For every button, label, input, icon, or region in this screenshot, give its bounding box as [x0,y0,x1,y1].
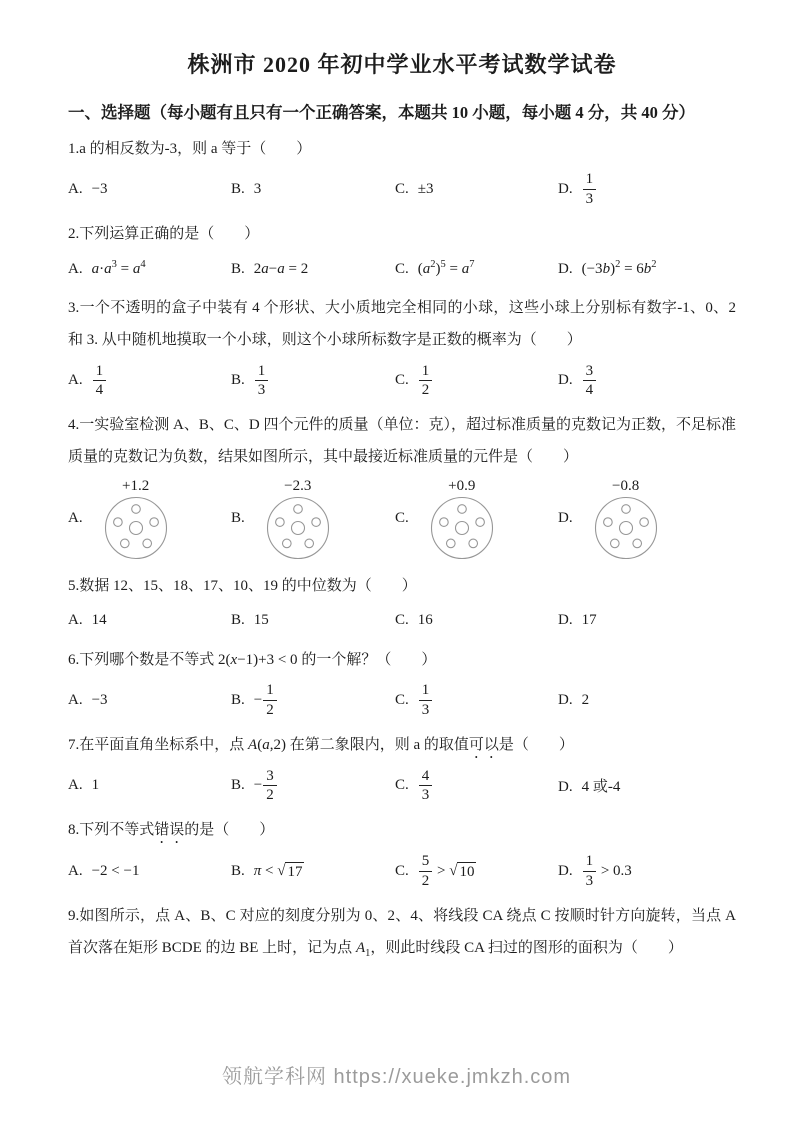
option-value: −32 [254,777,278,793]
fraction-numerator: 1 [419,362,433,381]
option-value: 1 [92,777,100,793]
fraction: 13 [419,681,433,720]
component-dial-icon [266,496,330,560]
question-1-options: A.−3B.3C.±3D.13 [68,168,736,211]
option-label: D. [558,692,573,708]
option-D: D.13 > 0.3 [558,850,736,893]
fraction-numerator: 5 [419,852,433,871]
option-value: (−3b)2 = 6b2 [582,261,657,277]
fraction: 13 [255,362,269,401]
option-value: −3 [92,692,108,708]
question-8-options: A.−2 < −1B.π < √17C.52 > √10D.13 > 0.3 [68,850,736,893]
fraction-numerator: 1 [93,362,107,381]
option-A: A.1 [68,777,231,794]
dial-value: −0.8 [612,478,639,495]
option-D: D.17 [558,612,736,629]
component-dial-icon [594,496,658,560]
question-3-options: A.14B.13C.12D.34 [68,360,736,403]
option-A: A.a·a3 = a4 [68,260,231,278]
radicand: 10 [457,862,476,881]
option-label: A. [68,510,83,527]
stem-math: A(a,2) [248,737,286,753]
option-value: 2 [582,692,590,708]
fraction-numerator: 4 [419,767,433,786]
option-value: 16 [418,612,433,628]
option-B: B.−32 [231,765,395,808]
question-5-stem: 5.数据 12、15、18、17、10、19 的中位数为（ ） [68,570,736,602]
supscript: 4 [140,259,145,270]
option-B: B.13 [231,360,395,403]
question-4-figure-options: A.+1.2B.−2.3C.+0.9D.−0.8 [68,478,736,560]
option-D: D.(−3b)2 = 6b2 [558,260,736,278]
option-value: 4 或-4 [582,779,621,795]
radical-sign: √ [277,862,285,880]
option-A: A.−3 [68,692,231,709]
fraction: 43 [419,767,433,806]
fraction-denominator: 2 [419,380,433,400]
option-value: 13 [582,181,598,197]
option-C: C.+0.9 [395,478,558,560]
option-label: D. [558,863,573,879]
question-9: 9.如图所示，点 A、B、C 对应的刻度分别为 0、2、4、将线段 CA 绕点 … [68,900,736,965]
dial-value: +1.2 [122,478,149,495]
option-value: 13 > 0.3 [582,863,632,879]
supscript: 2 [430,259,435,270]
option-value: 3 [254,181,262,197]
option-C: C.43 [395,765,558,808]
option-value: ±3 [418,181,434,197]
fraction: 12 [419,362,433,401]
stem-text: 在第二象限内，则 a 的取值 [286,737,469,753]
question-7-stem: 7.在平面直角坐标系中，点 A(a,2) 在第二象限内，则 a 的取值可以是（ … [68,729,736,762]
option-value: 14 [92,372,108,388]
option-label: D. [558,779,573,795]
option-label: D. [558,372,573,388]
option-label: C. [395,510,409,527]
option-label: C. [395,372,409,388]
option-label: A. [68,777,83,793]
fraction-denominator: 4 [93,380,107,400]
fraction-denominator: 4 [583,380,597,400]
option-C: C.±3 [395,181,558,198]
question-3: 3.一个不透明的盒子中装有 4 个形状、大小质地完全相同的小球，这些小球上分别标… [68,292,736,402]
fraction-numerator: 3 [263,767,277,786]
fraction-denominator: 3 [419,700,433,720]
fraction-numerator: 1 [583,852,597,871]
option-value: −12 [254,692,278,708]
supscript: 7 [469,259,474,270]
component-dial-icon [104,496,168,560]
question-8-stem: 8.下列不等式错误的是（ ） [68,814,736,847]
supscript: 5 [441,259,446,270]
option-label: C. [395,181,409,197]
option-D: D.2 [558,692,736,709]
emphasized-text: 错误 [154,822,184,838]
option-A: A.+1.2 [68,478,231,560]
fraction-denominator: 2 [263,785,277,805]
fraction-denominator: 3 [583,871,597,891]
question-4: 4.一实验室检测 A、B、C、D 四个元件的质量（单位：克），超过标准质量的克数… [68,409,736,560]
watermark: 领航学科网 https://xueke.jmkzh.com [0,1060,793,1089]
option-B: B.2a−a = 2 [231,261,395,278]
stem-text: 8.下列不等式 [68,822,154,838]
option-label: C. [395,863,409,879]
dial-figure: −2.3 [266,478,330,560]
dial-figure: −0.8 [594,478,658,560]
fraction-denominator: 2 [263,700,277,720]
option-value: −2 < −1 [92,863,140,879]
page-content: 株洲市 2020 年初中学业水平考试数学试卷 一、选择题（每小题有且只有一个正确… [0,0,793,964]
fraction-denominator: 3 [419,785,433,805]
fraction: 34 [583,362,597,401]
fraction: 52 [419,852,433,891]
option-value: 43 [418,777,434,793]
option-label: B. [231,612,245,628]
dial-figure: +1.2 [104,478,168,560]
stem-text: 1.a 的相反数为-3，则 a 等于（ ） [68,141,311,157]
radical-sign: √ [449,862,457,880]
square-root: √17 [277,862,304,881]
option-C: C.52 > √10 [395,850,558,893]
question-5: 5.数据 12、15、18、17、10、19 的中位数为（ ）A.14B.15C… [68,570,736,637]
square-root: √10 [449,862,476,881]
option-A: A.−3 [68,181,231,198]
dial-value: +0.9 [448,478,475,495]
option-label: A. [68,863,83,879]
option-label: D. [558,612,573,628]
question-2-stem: 2.下列运算正确的是（ ） [68,218,736,250]
option-B: B.15 [231,612,395,629]
fraction: 12 [263,681,277,720]
option-label: B. [231,261,245,277]
question-8: 8.下列不等式错误的是（ ）A.−2 < −1B.π < √17C.52 > √… [68,814,736,893]
radicand: 17 [285,862,304,881]
option-C: C.16 [395,612,558,629]
option-value: −3 [92,181,108,197]
fraction-numerator: 3 [583,362,597,381]
fraction-denominator: 3 [583,189,597,209]
question-7-options: A.1B.−32C.43D.4 或-4 [68,765,736,808]
fraction-denominator: 2 [419,871,433,891]
question-2-options: A.a·a3 = a4B.2a−a = 2C.(a2)5 = a7D.(−3b)… [68,253,736,285]
option-value: π < √17 [254,863,305,879]
option-value: 34 [582,372,598,388]
stem-text: 6.下列哪个数是不等式 [68,652,218,668]
option-value: (a2)5 = a7 [418,261,475,277]
fraction-numerator: 1 [263,681,277,700]
section-header: 一、选择题（每小题有且只有一个正确答案，本题共 10 小题，每小题 4 分，共 … [68,97,736,128]
option-label: C. [395,777,409,793]
option-label: A. [68,261,83,277]
option-value: 15 [254,612,269,628]
option-label: C. [395,612,409,628]
option-label: D. [558,510,573,527]
option-D: D.4 或-4 [558,775,736,796]
option-A: A.14 [68,612,231,629]
fraction: 13 [583,852,597,891]
fraction: 13 [583,170,597,209]
option-D: D.−0.8 [558,478,736,560]
option-label: C. [395,261,409,277]
option-label: A. [68,181,83,197]
exam-paper: 株洲市 2020 年初中学业水平考试数学试卷 一、选择题（每小题有且只有一个正确… [0,0,793,1122]
emphasized-text: 可以 [469,737,499,753]
question-6-options: A.−3B.−12C.13D.2 [68,679,736,722]
question-3-stem: 3.一个不透明的盒子中装有 4 个形状、大小质地完全相同的小球，这些小球上分别标… [68,292,736,357]
question-6: 6.下列哪个数是不等式 2(x−1)+3 < 0 的一个解？（ ）A.−3B.−… [68,644,736,722]
page-title: 株洲市 2020 年初中学业水平考试数学试卷 [68,50,736,81]
fraction-numerator: 1 [583,170,597,189]
stem-text: ，则此时线段 CA 扫过的图形的面积为（ ） [370,940,683,956]
fraction-numerator: 1 [255,362,269,381]
option-value: 13 [254,372,270,388]
question-7: 7.在平面直角坐标系中，点 A(a,2) 在第二象限内，则 a 的取值可以是（ … [68,729,736,808]
option-value: 52 > √10 [418,863,477,879]
stem-math: 2(x−1)+3 < 0 [218,652,298,668]
option-label: B. [231,372,245,388]
question-6-stem: 6.下列哪个数是不等式 2(x−1)+3 < 0 的一个解？（ ） [68,644,736,676]
supscript: 2 [615,259,620,270]
stem-text: 3.一个不透明的盒子中装有 4 个形状、大小质地完全相同的小球，这些小球上分别标… [68,300,736,348]
option-label: C. [395,692,409,708]
option-B: B.−2.3 [231,478,395,560]
option-label: B. [231,181,245,197]
option-label: B. [231,863,245,879]
option-A: A.14 [68,360,231,403]
stem-text: 4.一实验室检测 A、B、C、D 四个元件的质量（单位：克），超过标准质量的克数… [68,417,736,465]
option-value: 17 [582,612,597,628]
option-label: A. [68,612,83,628]
option-value: 2a−a = 2 [254,261,308,277]
questions-list: 1.a 的相反数为-3，则 a 等于（ ）A.−3B.3C.±3D.132.下列… [68,133,736,964]
option-value: 14 [92,612,107,628]
option-C: C.12 [395,360,558,403]
option-value: a·a3 = a4 [92,261,146,277]
fraction-denominator: 3 [255,380,269,400]
option-value: 13 [418,692,434,708]
dial-figure: +0.9 [430,478,494,560]
option-label: A. [68,372,83,388]
stem-text: 的是（ ） [184,822,274,838]
option-A: A.−2 < −1 [68,863,231,880]
fraction-numerator: 1 [419,681,433,700]
stem-text: 5.数据 12、15、18、17、10、19 的中位数为（ ） [68,578,417,594]
dial-value: −2.3 [284,478,311,495]
stem-text: 的一个解？（ ） [298,652,437,668]
question-4-stem: 4.一实验室检测 A、B、C、D 四个元件的质量（单位：克），超过标准质量的克数… [68,409,736,474]
stem-text: 7.在平面直角坐标系中，点 [68,737,248,753]
option-value: 12 [418,372,434,388]
option-label: B. [231,692,245,708]
fraction: 14 [93,362,107,401]
supscript: 2 [651,259,656,270]
option-B: B.−12 [231,679,395,722]
question-9-stem: 9.如图所示，点 A、B、C 对应的刻度分别为 0、2、4、将线段 CA 绕点 … [68,900,736,965]
option-label: B. [231,777,245,793]
option-label: D. [558,261,573,277]
fraction: 32 [263,767,277,806]
stem-text: 是（ ） [499,737,574,753]
option-B: B.3 [231,181,395,198]
question-2: 2.下列运算正确的是（ ）A.a·a3 = a4B.2a−a = 2C.(a2)… [68,218,736,285]
option-label: D. [558,181,573,197]
option-C: C.(a2)5 = a7 [395,260,558,278]
stem-math: A1 [356,940,370,956]
question-1: 1.a 的相反数为-3，则 a 等于（ ）A.−3B.3C.±3D.13 [68,133,736,211]
option-C: C.13 [395,679,558,722]
option-D: D.34 [558,360,736,403]
option-label: A. [68,692,83,708]
question-1-stem: 1.a 的相反数为-3，则 a 等于（ ） [68,133,736,165]
component-dial-icon [430,496,494,560]
stem-text: 2.下列运算正确的是（ ） [68,226,259,242]
supscript: 3 [112,259,117,270]
option-D: D.13 [558,168,736,211]
question-5-options: A.14B.15C.16D.17 [68,605,736,637]
option-label: B. [231,510,245,527]
option-B: B.π < √17 [231,862,395,881]
